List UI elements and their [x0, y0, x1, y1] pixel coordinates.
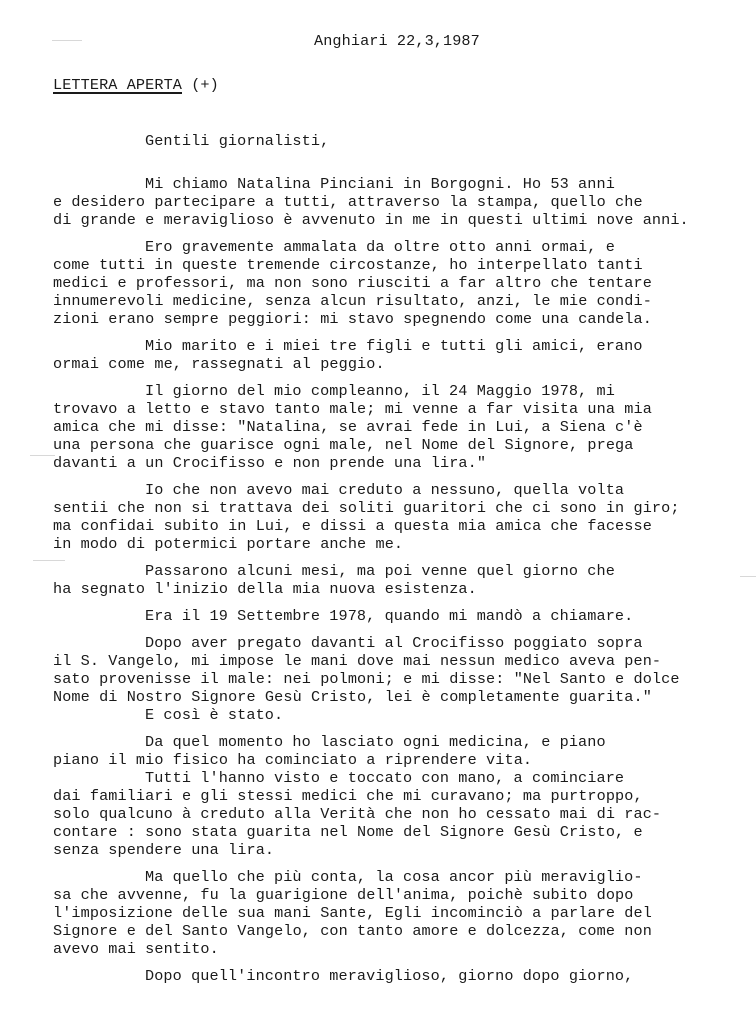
- paragraph-line: in modo di potermici portare anche me.: [53, 535, 680, 553]
- paragraph-line: ormai come me, rassegnati al peggio.: [53, 355, 643, 373]
- paragraph-line: sentii che non si trattava dei soliti gu…: [53, 499, 680, 517]
- paragraph-3: Mio marito e i miei tre figli e tutti gl…: [53, 337, 643, 373]
- paragraph-line: avevo mai sentito.: [53, 940, 652, 958]
- paragraph-line: sato provenisse il male: nei polmoni; e …: [53, 670, 680, 688]
- paragraph-line: innumerevoli medicine, senza alcun risul…: [53, 292, 652, 310]
- letter-greeting: Gentili giornalisti,: [145, 132, 329, 150]
- paragraph-line: Tutti l'hanno visto e toccato con mano, …: [53, 769, 661, 787]
- letter-date: Anghiari 22,3,1987: [314, 32, 480, 50]
- scan-smudge: [52, 40, 82, 41]
- paragraph-line: sa che avvenne, fu la guarigione dell'an…: [53, 886, 652, 904]
- paragraph-line: piano il mio fisico ha cominciato a ripr…: [53, 751, 661, 769]
- paragraph-line: Ero gravemente ammalata da oltre otto an…: [53, 238, 652, 256]
- paragraph-line: Il giorno del mio compleanno, il 24 Magg…: [53, 382, 652, 400]
- paragraph-11: Dopo quell'incontro meraviglioso, giorno…: [53, 967, 633, 985]
- paragraph-line: l'imposizione delle sua mani Sante, Egli…: [53, 904, 652, 922]
- paragraph-line: il S. Vangelo, mi impose le mani dove ma…: [53, 652, 680, 670]
- paragraph-line: una persona che guarisce ogni male, nel …: [53, 436, 652, 454]
- paragraph-line: Dopo quell'incontro meraviglioso, giorno…: [53, 967, 633, 985]
- paragraph-1: Mi chiamo Natalina Pinciani in Borgogni.…: [53, 175, 689, 229]
- letter-title-text: LETTERA APERTA: [53, 76, 182, 94]
- paragraph-9: Da quel momento ho lasciato ogni medicin…: [53, 733, 661, 859]
- paragraph-line: di grande e meraviglioso è avvenuto in m…: [53, 211, 689, 229]
- paragraph-line: Nome di Nostro Signore Gesù Cristo, lei …: [53, 688, 680, 706]
- scan-smudge: [33, 560, 65, 561]
- paragraph-line: Io che non avevo mai creduto a nessuno, …: [53, 481, 680, 499]
- paragraph-line: E così è stato.: [53, 706, 680, 724]
- letter-page: Anghiari 22,3,1987 LETTERA APERTA (+) Ge…: [0, 0, 756, 1023]
- paragraph-line: Signore e del Santo Vangelo, con tanto a…: [53, 922, 652, 940]
- paragraph-line: senza spendere una lira.: [53, 841, 661, 859]
- letter-title-note: (+): [191, 76, 219, 94]
- paragraph-line: amica che mi disse: "Natalina, se avrai …: [53, 418, 652, 436]
- scan-smudge: [30, 455, 55, 456]
- paragraph-5: Io che non avevo mai creduto a nessuno, …: [53, 481, 680, 553]
- paragraph-line: e desidero partecipare a tutti, attraver…: [53, 193, 689, 211]
- paragraph-line: contare : sono stata guarita nel Nome de…: [53, 823, 661, 841]
- scan-smudge: [740, 576, 756, 577]
- paragraph-line: Era il 19 Settembre 1978, quando mi mand…: [53, 607, 633, 625]
- paragraph-line: trovavo a letto e stavo tanto male; mi v…: [53, 400, 652, 418]
- paragraph-line: ma confidai subito in Lui, e dissi a que…: [53, 517, 680, 535]
- paragraph-7: Era il 19 Settembre 1978, quando mi mand…: [53, 607, 633, 625]
- letter-title: LETTERA APERTA (+): [53, 76, 219, 94]
- paragraph-line: davanti a un Crocifisso e non prende una…: [53, 454, 652, 472]
- paragraph-line: Dopo aver pregato davanti al Crocifisso …: [53, 634, 680, 652]
- paragraph-line: medici e professori, ma non sono riuscit…: [53, 274, 652, 292]
- paragraph-line: zioni erano sempre peggiori: mi stavo sp…: [53, 310, 652, 328]
- paragraph-line: Passarono alcuni mesi, ma poi venne quel…: [53, 562, 615, 580]
- paragraph-line: Mio marito e i miei tre figli e tutti gl…: [53, 337, 643, 355]
- paragraph-line: ha segnato l'inizio della mia nuova esis…: [53, 580, 615, 598]
- paragraph-line: solo qualcuno à creduto alla Verità che …: [53, 805, 661, 823]
- paragraph-4: Il giorno del mio compleanno, il 24 Magg…: [53, 382, 652, 472]
- paragraph-10: Ma quello che più conta, la cosa ancor p…: [53, 868, 652, 958]
- paragraph-line: Da quel momento ho lasciato ogni medicin…: [53, 733, 661, 751]
- paragraph-2: Ero gravemente ammalata da oltre otto an…: [53, 238, 652, 328]
- paragraph-line: Mi chiamo Natalina Pinciani in Borgogni.…: [53, 175, 689, 193]
- paragraph-line: dai familiari e gli stessi medici che mi…: [53, 787, 661, 805]
- paragraph-8: Dopo aver pregato davanti al Crocifisso …: [53, 634, 680, 724]
- paragraph-6: Passarono alcuni mesi, ma poi venne quel…: [53, 562, 615, 598]
- paragraph-line: come tutti in queste tremende circostanz…: [53, 256, 652, 274]
- paragraph-line: Ma quello che più conta, la cosa ancor p…: [53, 868, 652, 886]
